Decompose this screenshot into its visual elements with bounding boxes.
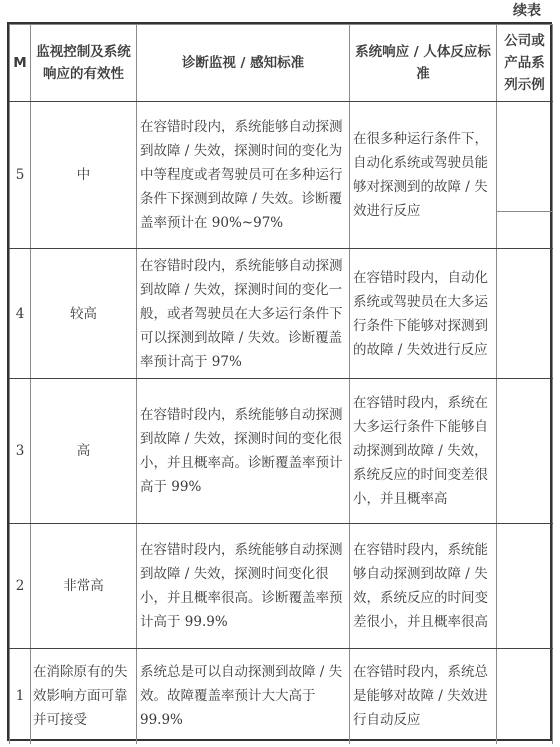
header-company-examples: 公司或产品系列示例 <box>497 25 553 102</box>
effectiveness-cell: 较高 <box>31 249 137 379</box>
rating-table: M 监视控制及系统响应的有效性 诊断监视 / 感知标准 系统响应 / 人体反应标… <box>9 24 553 744</box>
table-row: 5 中 在容错时段内，系统能够自动探测到故障 / 失效，探测时间的变化为中等程度… <box>10 102 553 249</box>
diagnostic-criteria-cell: 在容错时段内，系统能够自动探测到故障 / 失效，探测时间的变化很小，并且概率高。… <box>137 379 350 524</box>
effectiveness-cell: 中 <box>31 102 137 249</box>
examples-cell <box>497 524 553 649</box>
diagnostic-criteria-cell: 在容错时段内，系统能够自动探测到故障 / 失效，探测时间的变化一般，或者驾驶员在… <box>137 249 350 379</box>
header-m: M <box>10 25 31 102</box>
effectiveness-cell: 高 <box>31 379 137 524</box>
table-row: 2 非常高 在容错时段内，系统能够自动探测到故障 / 失效，探测时间变化很小，并… <box>10 524 553 649</box>
rating-m-cell: 1 <box>10 649 31 744</box>
examples-cell <box>497 379 553 524</box>
rating-m-cell: 3 <box>10 379 31 524</box>
rating-m-cell: 4 <box>10 249 31 379</box>
response-criteria-cell: 在容错时段内，系统总是能够对故障 / 失效进行自动反应 <box>350 649 497 744</box>
header-diagnostic-criteria: 诊断监视 / 感知标准 <box>137 25 350 102</box>
diagnostic-criteria-cell: 系统总是可以自动探测到故障 / 失效。故障覆盖率预计大大高于 99.9% <box>137 649 350 744</box>
diagnostic-criteria-cell: 在容错时段内，系统能够自动探测到故障 / 失效，探测时间的变化为中等程度或者驾驶… <box>137 102 350 249</box>
rating-m-cell: 5 <box>10 102 31 249</box>
table-row: 4 较高 在容错时段内，系统能够自动探测到故障 / 失效，探测时间的变化一般，或… <box>10 249 553 379</box>
examples-cell <box>497 649 553 744</box>
table-row: 3 高 在容错时段内，系统能够自动探测到故障 / 失效，探测时间的变化很小，并且… <box>10 379 553 524</box>
fmea-detection-rating-table: M 监视控制及系统响应的有效性 诊断监视 / 感知标准 系统响应 / 人体反应标… <box>7 22 552 741</box>
response-criteria-cell: 在容错时段内，系统在大多运行条件下能够自动探测到故障 / 失效，系统反应的时间变… <box>350 379 497 524</box>
header-response-criteria: 系统响应 / 人体反应标准 <box>350 25 497 102</box>
response-criteria-cell: 在容错时段内，系统能够自动探测到故障 / 失效，系统反应的时间变差很小，并且概率… <box>350 524 497 649</box>
examples-cell <box>497 249 553 379</box>
response-criteria-cell: 在容错时段内，自动化系统或驾驶员在大多运行条件下能够对探测到的故障 / 失效进行… <box>350 249 497 379</box>
rating-m-cell: 2 <box>10 524 31 649</box>
response-criteria-cell: 在很多种运行条件下，自动化系统或驾驶员能够对探测到的故障 / 失效进行反应 <box>350 102 497 249</box>
effectiveness-cell: 在消除原有的失效影响方面可靠并可接受 <box>31 649 137 744</box>
effectiveness-cell: 非常高 <box>31 524 137 649</box>
examples-cell <box>497 102 553 249</box>
table-row: 1 在消除原有的失效影响方面可靠并可接受 系统总是可以自动探测到故障 / 失效。… <box>10 649 553 744</box>
table-header-row: M 监视控制及系统响应的有效性 诊断监视 / 感知标准 系统响应 / 人体反应标… <box>10 25 553 102</box>
examples-subcell-bottom <box>497 212 552 248</box>
diagnostic-criteria-cell: 在容错时段内，系统能够自动探测到故障 / 失效，探测时间变化很小，并且概率很高。… <box>137 524 350 649</box>
header-effectiveness: 监视控制及系统响应的有效性 <box>31 25 137 102</box>
examples-subcell-top <box>497 102 552 212</box>
table-continued-label: 续表 <box>503 1 551 21</box>
